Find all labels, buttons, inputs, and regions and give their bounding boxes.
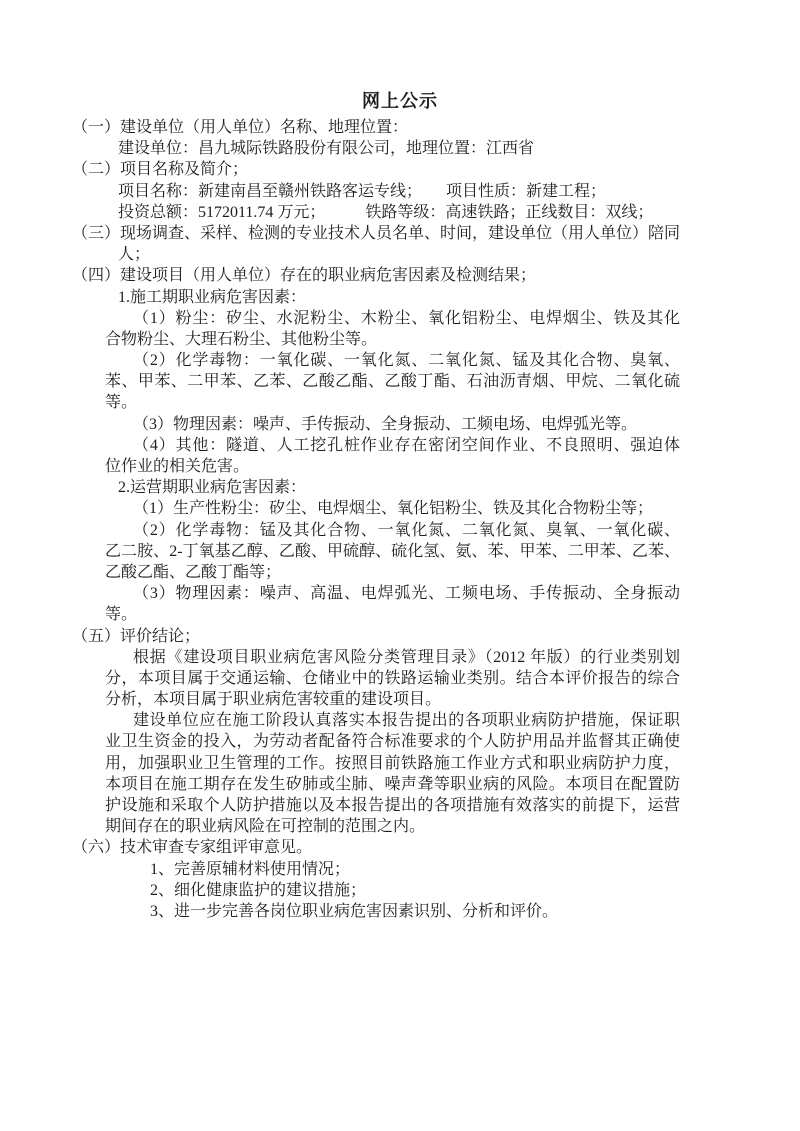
text-line: （四）建设项目（用人单位）存在的职业病危害因素及检测结果； <box>72 265 680 286</box>
text-line: 2.运营期职业病危害因素： <box>72 477 680 498</box>
text-line: （3）物理因素：噪声、手传振动、全身振动、工频电场、电焊弧光等。 <box>72 414 680 435</box>
text-line: 1、完善原辅材料使用情况； <box>72 859 680 880</box>
text-line: 分，本项目属于交通运输、仓储业中的铁路运输业类别。结合本评价报告的综合 <box>72 668 680 689</box>
text-line: （五）评价结论； <box>72 626 680 647</box>
text-line: （2）化学毒物：锰及其化合物、一氧化氮、二氧化氮、臭氧、一氧化碳、 <box>72 520 680 541</box>
text-line: （3）物理因素：噪声、高温、电焊弧光、工频电场、手传振动、全身振动 <box>72 583 680 604</box>
text-line: 1.施工期职业病危害因素： <box>72 287 680 308</box>
text-line: 业卫生资金的投入，为劳动者配备符合标准要求的个人防护用品并监督其正确使 <box>72 731 680 752</box>
text-line: 3、进一步完善各岗位职业病危害因素识别、分析和评价。 <box>72 901 680 922</box>
text-line: （六）技术审查专家组评审意见。 <box>72 837 680 858</box>
text-line: 苯、甲苯、二甲苯、乙苯、乙酸乙酯、乙酸丁酯、石油沥青烟、甲烷、二氧化硫 <box>72 371 680 392</box>
text-line: （4）其他：隧道、人工挖孔桩作业存在密闭空间作业、不良照明、强迫体 <box>72 435 680 456</box>
text-line: 根据《建设项目职业病危害风险分类管理目录》（2012 年版）的行业类别划 <box>72 647 680 668</box>
text-line: 乙酸乙酯、乙酸丁酯等； <box>72 562 680 583</box>
document-page: 网上公示 （一）建设单位（用人单位）名称、地理位置：建设单位：昌九城际铁路股份有… <box>0 0 800 1131</box>
text-line: 等。 <box>72 604 680 625</box>
text-line: 建设单位应在施工阶段认真落实本报告提出的各项职业病防护措施，保证职 <box>72 710 680 731</box>
text-line: 投资总额：5172011.74 万元； 铁路等级：高速铁路；正线数目：双线； <box>72 202 680 223</box>
document-body: （一）建设单位（用人单位）名称、地理位置：建设单位：昌九城际铁路股份有限公司，地… <box>72 117 680 922</box>
text-line: （一）建设单位（用人单位）名称、地理位置： <box>72 117 680 138</box>
text-line: 等。 <box>72 392 680 413</box>
text-line: 位作业的相关危害。 <box>72 456 680 477</box>
text-line: （2）化学毒物：一氧化碳、一氧化氮、二氧化氮、锰及其化合物、臭氧、 <box>72 350 680 371</box>
text-line: （二）项目名称及简介； <box>72 159 680 180</box>
text-line: 2、细化健康监护的建议措施； <box>72 880 680 901</box>
page-title: 网上公示 <box>0 90 800 112</box>
text-line: 人； <box>72 244 680 265</box>
text-line: 项目名称：新建南昌至赣州铁路客运专线； 项目性质：新建工程； <box>72 181 680 202</box>
text-line: 本项目在施工期存在发生矽肺或尘肺、噪声聋等职业病的风险。本项目在配置防 <box>72 774 680 795</box>
text-line: 期间存在的职业病风险在可控制的范围之内。 <box>72 816 680 837</box>
text-line: 建设单位：昌九城际铁路股份有限公司，地理位置：江西省 <box>72 138 680 159</box>
text-line: 用，加强职业卫生管理的工作。按照目前铁路施工作业方式和职业病防护力度， <box>72 753 680 774</box>
text-line: 乙二胺、2-丁氧基乙醇、乙酸、甲硫醇、硫化氢、氨、苯、甲苯、二甲苯、乙苯、 <box>72 541 680 562</box>
text-line: （1）粉尘：矽尘、水泥粉尘、木粉尘、氧化铝粉尘、电焊烟尘、铁及其化 <box>72 308 680 329</box>
text-line: （三）现场调查、采样、检测的专业技术人员名单、时间，建设单位（用人单位）陪同 <box>72 223 680 244</box>
text-line: 护设施和采取个人防护措施以及本报告提出的各项措施有效落实的前提下，运营 <box>72 795 680 816</box>
text-line: 合物粉尘、大理石粉尘、其他粉尘等。 <box>72 329 680 350</box>
text-line: （1）生产性粉尘：矽尘、电焊烟尘、氧化铝粉尘、铁及其化合物粉尘等； <box>72 498 680 519</box>
text-line: 分析，本项目属于职业病危害较重的建设项目。 <box>72 689 680 710</box>
